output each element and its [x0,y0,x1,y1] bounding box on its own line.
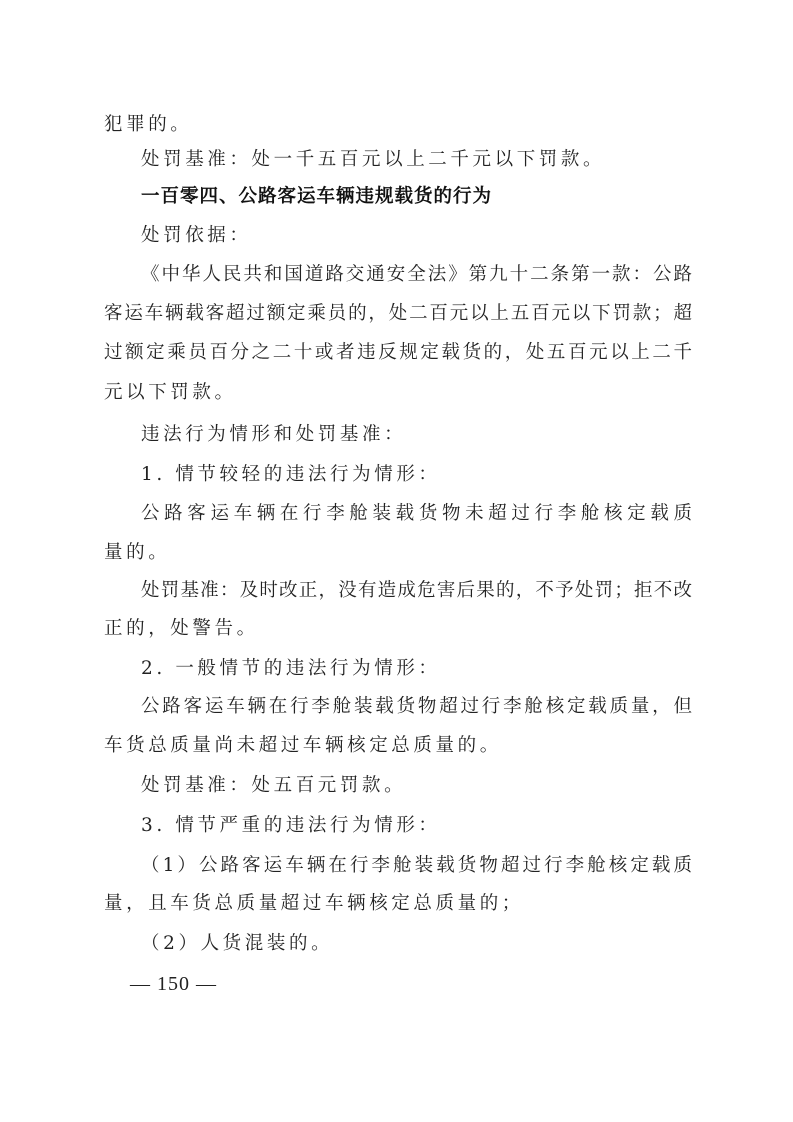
text-line: 车货总质量尚未超过车辆核定总质量的。 [104,734,692,758]
text-line: 量的。 [104,541,692,565]
text-line: 1. 情节较轻的违法行为情形： [141,463,692,487]
text-line: 处罚依据： [141,224,692,248]
text-line: （2）人货混装的。 [141,932,692,956]
text-line: 《中华人民共和国道路交通安全法》第九十二条第一款：公路 [141,263,692,287]
text-line: 犯罪的。 [104,113,692,137]
text-line: 客运车辆载客超过额定乘员的，处二百元以上五百元以下罚款；超 [104,302,692,326]
page-number: — 150 — [130,973,217,996]
text-line: 公路客运车辆在行李舱装载货物未超过行李舱核定载质 [141,502,692,526]
document-page: 犯罪的。处罚基准：处一千五百元以上二千元以下罚款。一百零四、公路客运车辆违规载货… [0,0,793,1122]
text-line: 处罚基准：处五百元罚款。 [141,774,692,798]
section-heading: 一百零四、公路客运车辆违规载货的行为 [141,185,692,209]
text-line: 正的，处警告。 [104,617,692,641]
text-line: 3. 情节严重的违法行为情形： [141,814,692,838]
text-line: 违法行为情形和处罚基准： [141,423,692,447]
text-line: 元以下罚款。 [104,381,692,405]
text-line: 处罚基准：处一千五百元以上二千元以下罚款。 [141,148,692,172]
text-line: 过额定乘员百分之二十或者违反规定载货的，处五百元以上二千 [104,341,692,365]
text-line: 处罚基准：及时改正，没有造成危害后果的，不予处罚；拒不改 [141,579,692,603]
text-line: （1）公路客运车辆在行李舱装载货物超过行李舱核定载质 [141,854,692,878]
text-line: 量，且车货总质量超过车辆核定总质量的； [104,892,692,916]
text-line: 公路客运车辆在行李舱装载货物超过行李舱核定载质量，但 [141,695,692,719]
text-line: 2. 一般情节的违法行为情形： [141,657,692,681]
